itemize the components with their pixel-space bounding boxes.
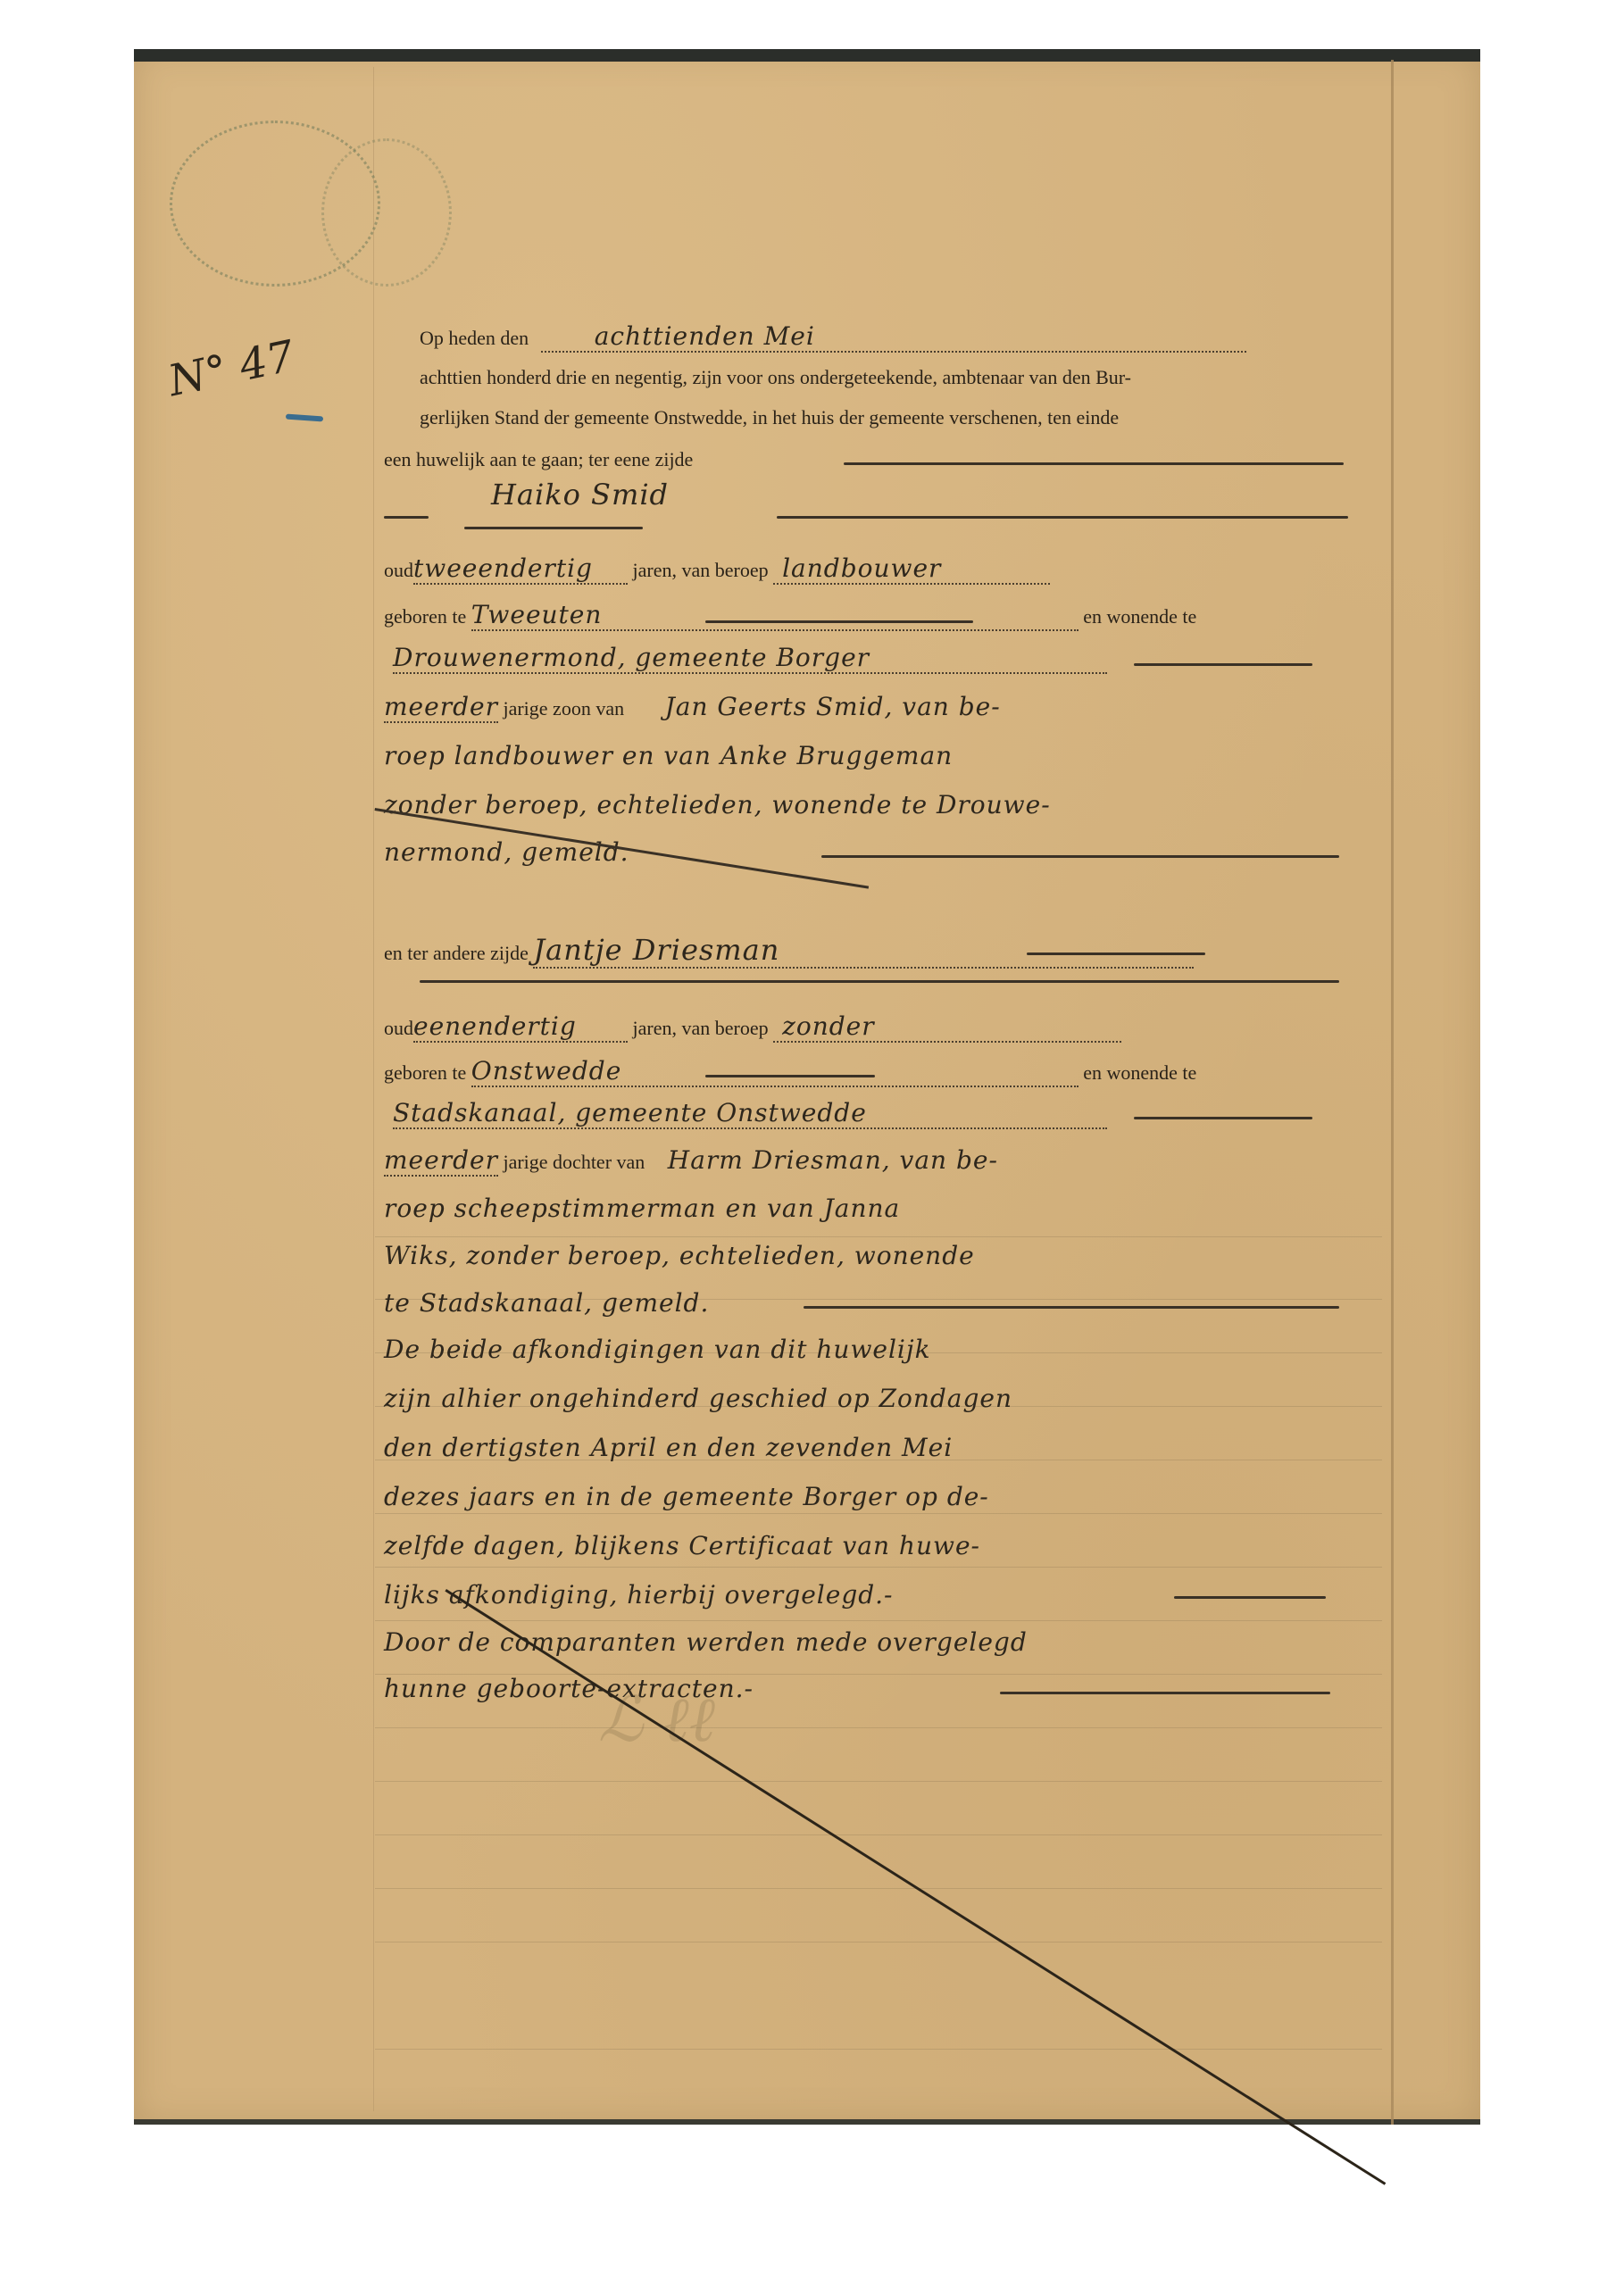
ruled-line xyxy=(375,1942,1382,1942)
fill-rule xyxy=(777,516,1348,519)
fill-rule xyxy=(705,1075,875,1077)
fill-rule xyxy=(804,1306,1339,1309)
fill-rule xyxy=(420,980,1339,983)
groom-parents-3: zonder beroep, echtelieden, wonende te D… xyxy=(384,790,1051,819)
bride-occupation: zonder xyxy=(773,1011,1121,1043)
ruled-line xyxy=(375,1620,1382,1621)
fill-rule xyxy=(705,620,973,623)
fill-rule xyxy=(464,527,643,529)
ruled-line xyxy=(375,1236,1382,1237)
groom-age-row: oudtweeendertig jaren, van beroep landbo… xyxy=(384,553,1050,585)
groom-parents-2: roep landbouwer en van Anke Bruggeman xyxy=(384,741,953,770)
groom-residence: Drouwenermond, gemeente Borger xyxy=(393,643,1339,674)
fill-rule xyxy=(1027,953,1205,955)
groom-birthplace: Tweeuten xyxy=(471,600,1079,631)
binding-edge-bottom xyxy=(134,2119,1480,2125)
ruled-line xyxy=(375,1888,1382,1889)
groom-age: tweeendertig xyxy=(413,553,628,585)
groom-status: meerder xyxy=(384,692,498,723)
body-line-6: lijks afkondiging, hierbij overgelegd.- xyxy=(384,1580,894,1610)
bride-parents-1: Harm Driesman, van be- xyxy=(668,1145,998,1175)
fill-rule xyxy=(1134,663,1312,666)
fill-rule xyxy=(1134,1117,1312,1119)
groom-name: Haiko Smid xyxy=(491,478,669,512)
scanned-page: ℒ ℓℓ N° 47 Op heden den achttienden Mei … xyxy=(134,49,1480,2125)
groom-parents-1: Jan Geerts Smid, van be- xyxy=(665,692,1001,721)
body-line-2: zijn alhier ongehinderd geschied op Zond… xyxy=(384,1384,1012,1413)
ruled-line xyxy=(375,1781,1382,1782)
bride-name-row: en ter andere zijde Jantje Driesman xyxy=(384,933,1194,969)
ruled-line xyxy=(375,2049,1382,2050)
fill-rule xyxy=(844,462,1344,465)
page-fold xyxy=(1391,60,1394,2125)
printed-op-heden: Op heden den achttienden Mei xyxy=(420,321,1246,353)
faded-stamp-2 xyxy=(321,138,452,287)
fill-rule xyxy=(1174,1596,1326,1599)
bride-age: eenendertig xyxy=(413,1011,628,1043)
fill-rule xyxy=(1000,1692,1330,1694)
bride-parents-3: Wiks, zonder beroep, echtelieden, wonend… xyxy=(384,1241,975,1270)
bride-age-row: oudeenendertig jaren, van beroep zonder xyxy=(384,1011,1121,1043)
margin-rule xyxy=(373,67,374,2111)
bride-residence: Stadskanaal, gemeente Onstwedde xyxy=(393,1098,1107,1129)
groom-parents-row: meerder jarige zoon van Jan Geerts Smid,… xyxy=(384,692,1001,723)
bride-parents-row: meerder jarige dochter van Harm Driesman… xyxy=(384,1145,998,1177)
body-line-1: De beide afkondigingen van dit huwelijk xyxy=(384,1335,931,1364)
bride-name: Jantje Driesman xyxy=(533,933,1194,969)
groom-occupation: landbouwer xyxy=(773,553,1050,585)
body-line-8: hunne geboorte-extracten.- xyxy=(384,1674,754,1703)
groom-birth-row: geboren te Tweeuten en wonende te xyxy=(384,600,1196,631)
body-line-3: den dertigsten April en den zevenden Mei xyxy=(384,1433,953,1462)
ruled-line xyxy=(375,1567,1382,1568)
printed-line-4: een huwelijk aan te gaan; ter eene zijde xyxy=(384,448,693,471)
ruled-line xyxy=(375,1513,1382,1514)
body-line-5: zelfde dagen, blijkens Certificaat van h… xyxy=(384,1531,980,1560)
fill-rule xyxy=(384,516,429,519)
ruled-line xyxy=(375,1834,1382,1835)
bride-parents-4: te Stadskanaal, gemeld. xyxy=(384,1288,709,1318)
bride-birth-row: geboren te Onstwedde en wonende te xyxy=(384,1056,1196,1087)
bride-birthplace: Onstwedde xyxy=(471,1056,1079,1087)
body-line-7: Door de comparanten werden mede overgele… xyxy=(384,1627,1028,1657)
ruled-line xyxy=(375,1727,1382,1728)
acte-number: N° 47 xyxy=(164,331,299,406)
cancellation-diagonal xyxy=(445,1589,1386,2185)
fill-rule xyxy=(821,855,1339,858)
bride-status: meerder xyxy=(384,1145,498,1177)
printed-line-2: achttien honderd drie en negentig, zijn … xyxy=(420,366,1131,389)
binding-edge-top xyxy=(134,49,1480,62)
bride-parents-2: roep scheepstimmerman en van Janna xyxy=(384,1194,900,1223)
date-field: achttienden Mei xyxy=(541,321,1246,353)
blue-pencil-mark xyxy=(286,414,323,422)
body-line-4: dezes jaars en in de gemeente Borger op … xyxy=(384,1482,989,1511)
printed-line-3: gerlijken Stand der gemeente Onstwedde, … xyxy=(420,406,1119,429)
